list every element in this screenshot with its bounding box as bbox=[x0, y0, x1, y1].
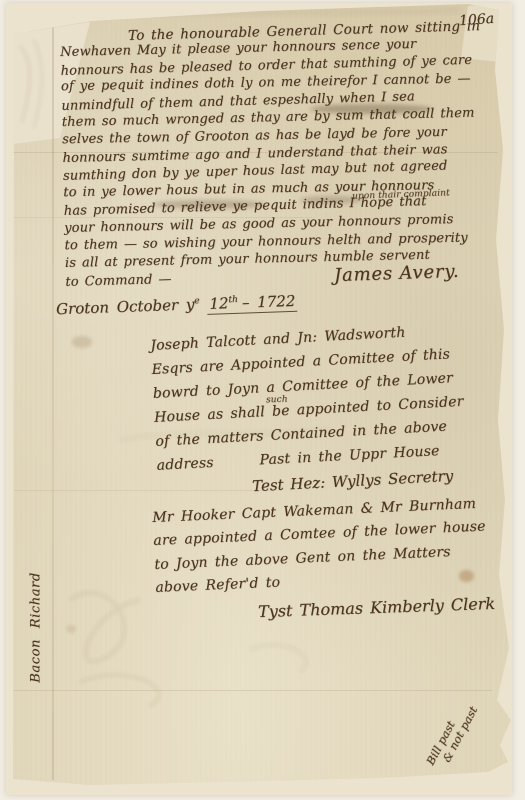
dateline-day: 12th bbox=[207, 294, 240, 315]
letter-body: Newhaven May it please your honnours sen… bbox=[60, 36, 478, 292]
dateline-place-month: Groton October y bbox=[56, 295, 195, 318]
fold-crease-horizontal bbox=[12, 690, 492, 691]
dateline-day-suffix: th bbox=[228, 295, 238, 305]
upper-house-note: Joseph Talcott and Jn: Wadsworth Esqrs a… bbox=[150, 322, 467, 482]
attestation-lower-house: Tyst Thomas Kimberly Clerk bbox=[258, 594, 496, 621]
manuscript-page: 106a To the honourable Generall Court no… bbox=[0, 0, 525, 800]
left-margin-endorsement: Bacon Richard bbox=[29, 528, 44, 728]
dateline: Groton October ye 12th– 1722 bbox=[56, 292, 298, 318]
fold-crease-vertical bbox=[52, 20, 54, 780]
signature-james-avery: James Avery. bbox=[334, 261, 460, 286]
fold-crease-horizontal bbox=[14, 490, 274, 491]
lower-house-note: Mr Hooker Capt Wakeman & Mr Burnham are … bbox=[152, 495, 488, 603]
dateline-ye-sup: e bbox=[194, 296, 200, 306]
dateline-year: – 1722 bbox=[240, 292, 298, 314]
stain bbox=[66, 625, 76, 633]
address-label: address bbox=[156, 455, 214, 474]
stain bbox=[72, 336, 92, 348]
document-scan: 106a To the honourable Generall Court no… bbox=[0, 0, 525, 800]
corner-endorsement: Bill past & not past bbox=[424, 677, 492, 774]
interlinear-insertion: such bbox=[266, 395, 288, 406]
